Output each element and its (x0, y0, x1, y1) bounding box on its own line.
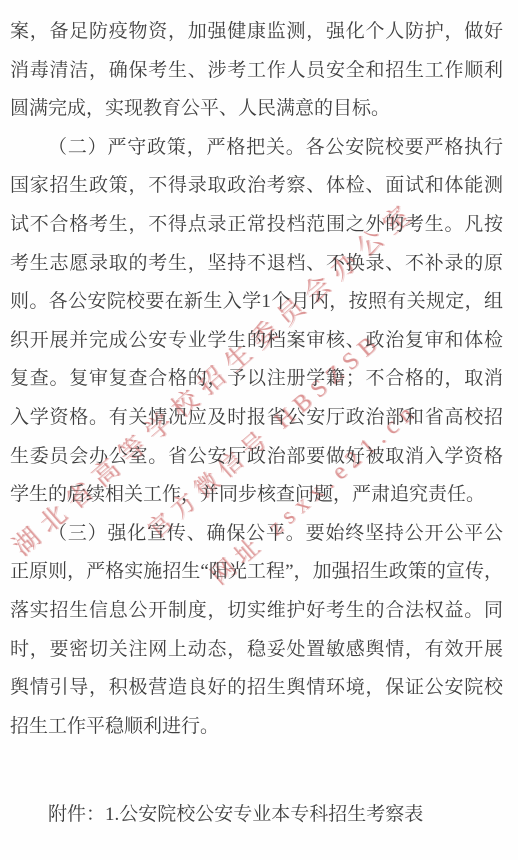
document-body: 案，备足防疫物资，加强健康监测，强化个人防护，做好消毒清洁，确保考生、涉考工作人… (0, 0, 518, 835)
attachment-line: 附件：1.公安院校公安专业本专科招生考察表 (10, 796, 503, 835)
body-paragraph-section-2: （二）严守政策，严格把关。各公安院校要严格执行国家招生政策，不得录取政治考察、体… (10, 129, 503, 515)
document-page: 湖北省高等学校招生委员会办公室 官方微信号 HBSZSB 网址 zsxx.e21… (0, 0, 518, 860)
body-paragraph-continuation: 案，备足防疫物资，加强健康监测，强化个人防护，做好消毒清洁，确保考生、涉考工作人… (10, 13, 503, 129)
body-paragraph-section-3: （三）强化宣传、确保公平。要始终坚持公开公平公正原则，严格实施招生“阳光工程”，… (10, 515, 503, 747)
